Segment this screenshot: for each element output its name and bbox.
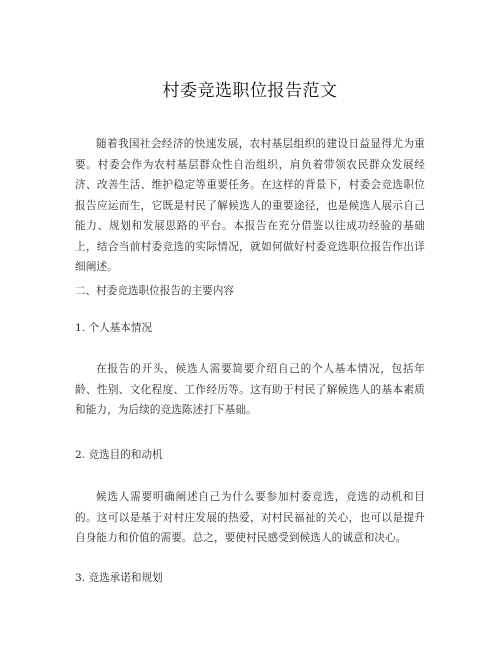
item-heading-3: 3. 竞选承诺和规划 bbox=[75, 570, 163, 585]
item-heading-1: 1. 个人基本情况 bbox=[75, 320, 152, 335]
item-body-2: 候选人需要明确阐述自己为什么要参加村委竞选，竞选的动机和目的。这可以是基于对村庄… bbox=[75, 487, 425, 549]
document-title: 村委竞选职位报告范文 bbox=[0, 76, 500, 101]
document-page: 村委竞选职位报告范文 随着我国社会经济的快速发展，农村基层组织的建设日益显得尤为… bbox=[0, 0, 500, 647]
item-heading-2: 2. 竞选目的和动机 bbox=[75, 447, 163, 462]
intro-paragraph: 随着我国社会经济的快速发展，农村基层组织的建设日益显得尤为重要。村委会作为农村基… bbox=[75, 134, 425, 278]
section-heading: 二、村委竞选职位报告的主要内容 bbox=[75, 283, 234, 298]
item-body-1: 在报告的开头，候选人需要简要介绍自己的个人基本情况，包括年龄、性别、文化程度、工… bbox=[75, 359, 425, 421]
